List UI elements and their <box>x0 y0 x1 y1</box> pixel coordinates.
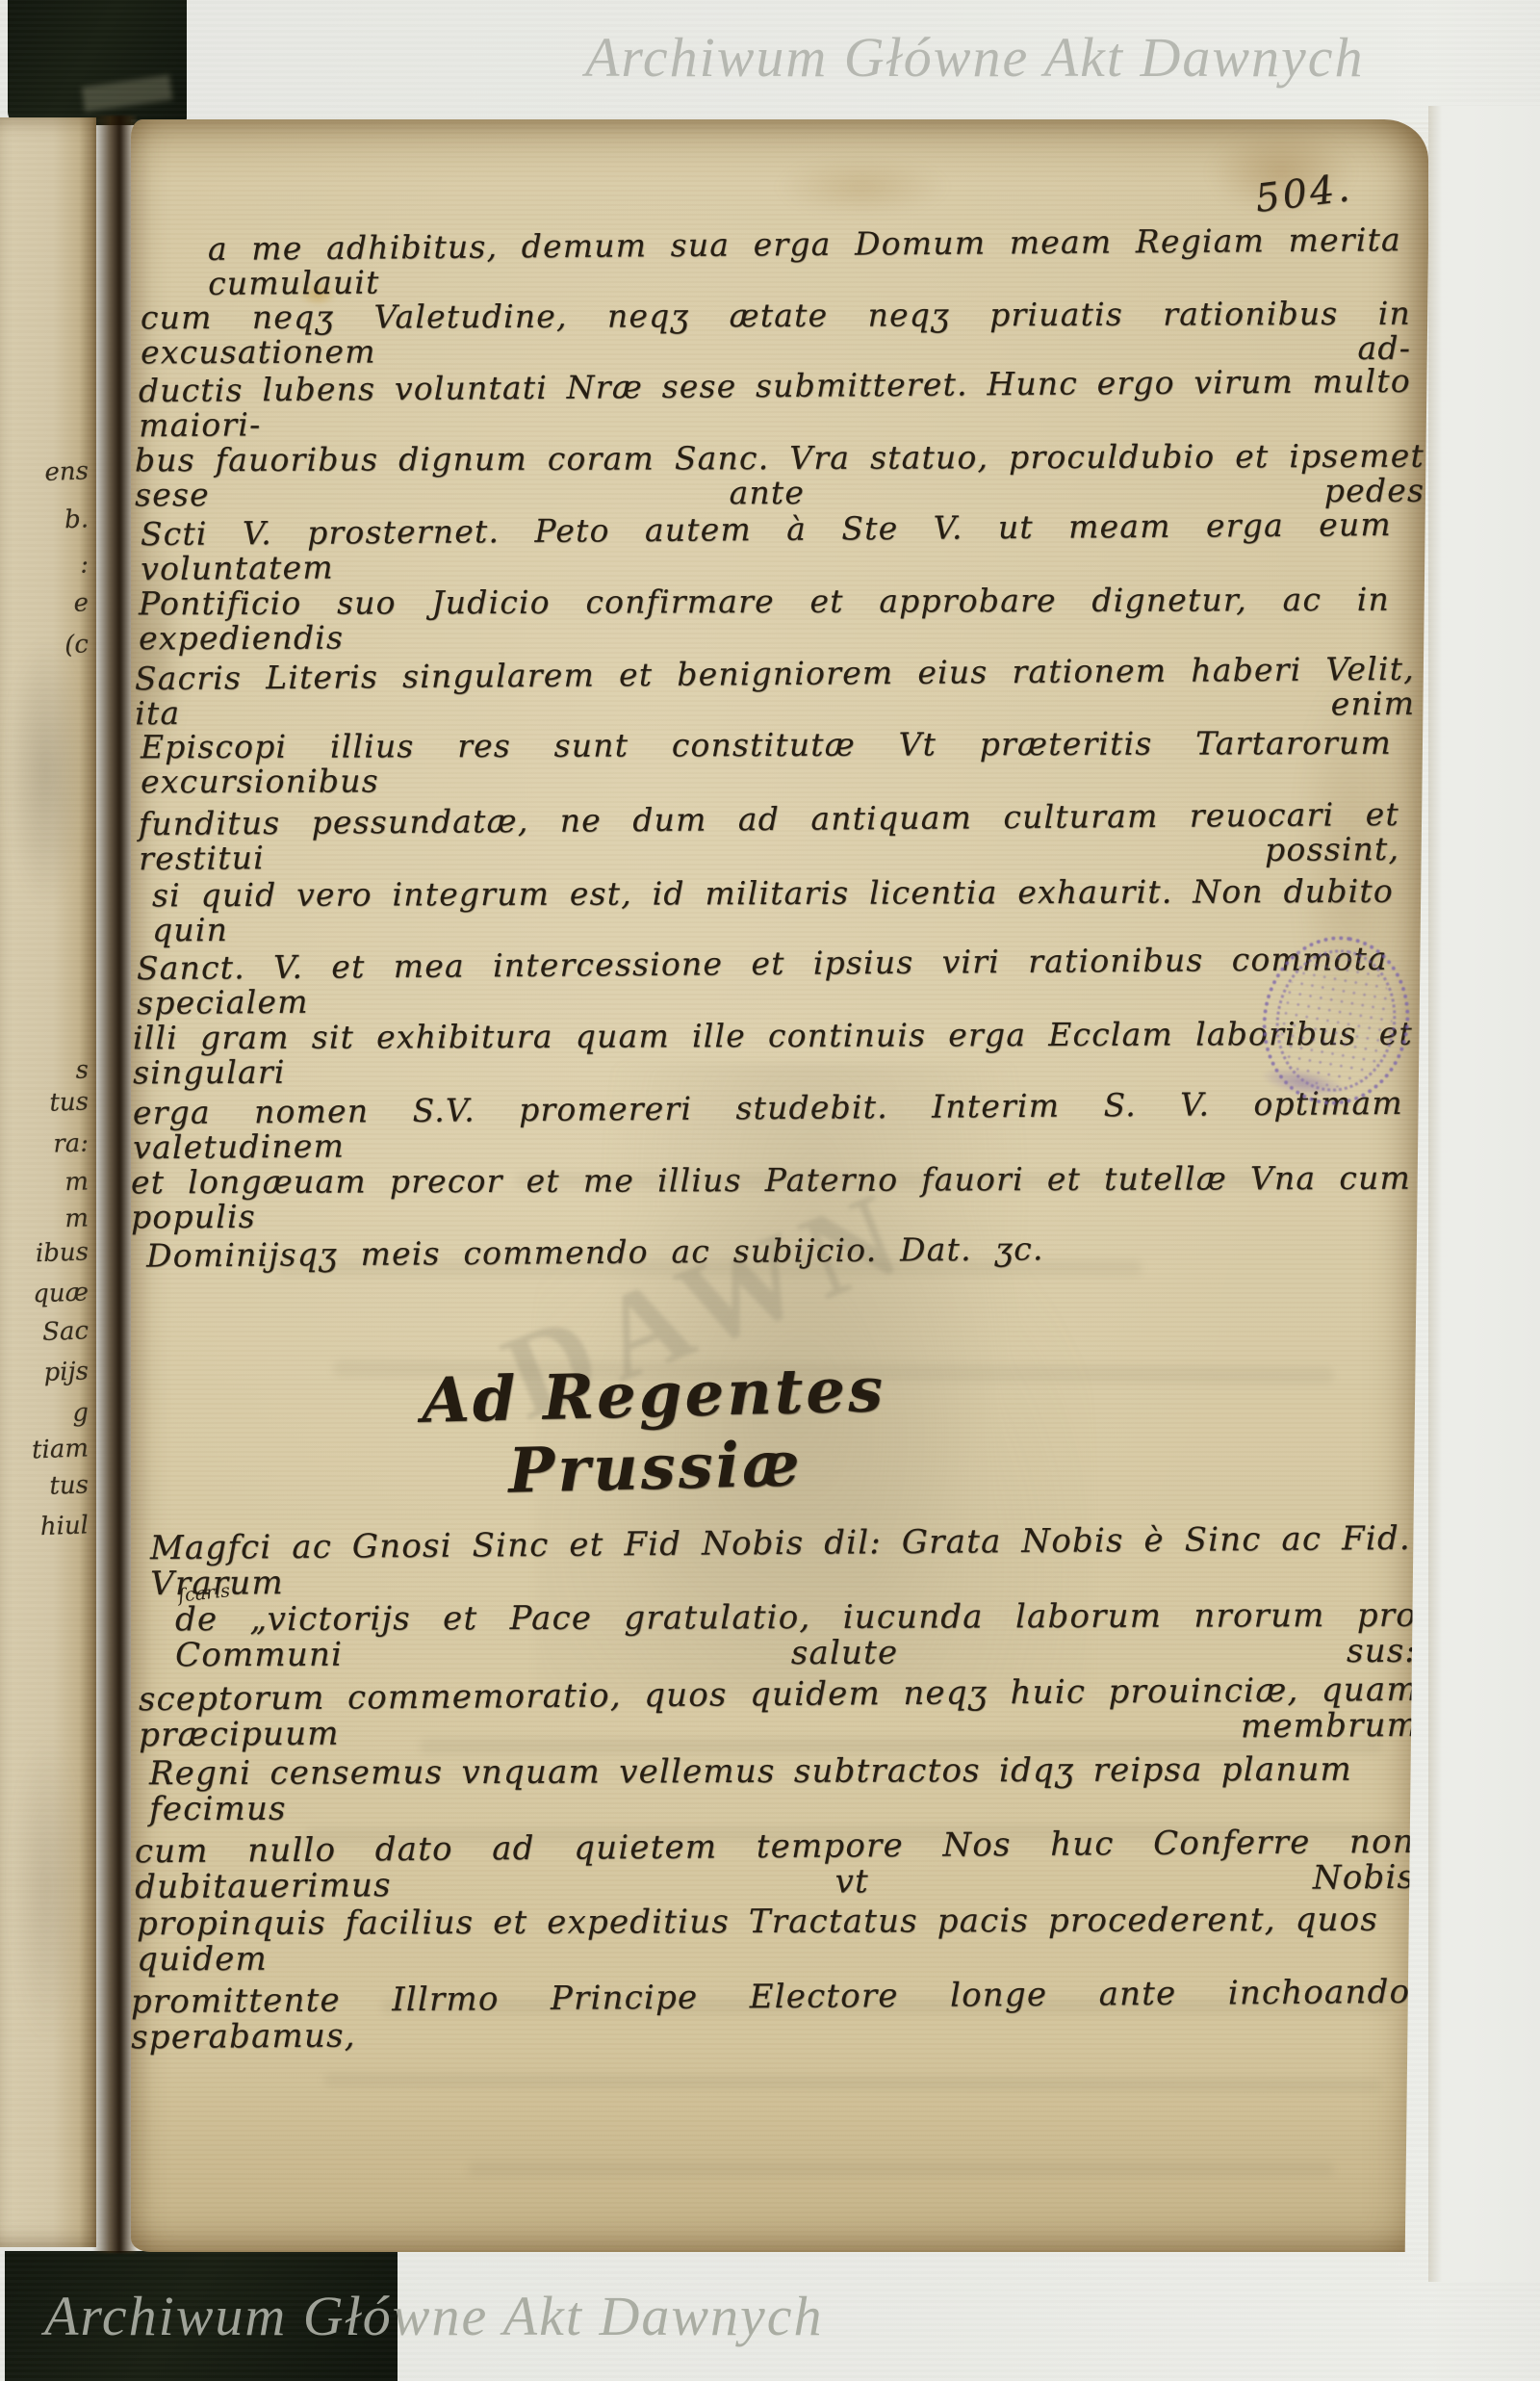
manuscript-line: Magfci ac Gnosi Sinc et Fid Nobis dil: G… <box>150 1521 1412 1603</box>
facing-page-edge: ensb.:e(cstusra:mmibusquæSacpijsgtiamtus… <box>0 117 96 2247</box>
manuscript-line: illi gram sit exhibitura quam ille conti… <box>133 1017 1413 1091</box>
handwriting-fragment: pijs <box>0 1357 89 1388</box>
manuscript-line: de „victorijs et Pace gratulatio, iucund… <box>175 1598 1417 1674</box>
manuscript-line: Sanct. V. et mea intercessione et ipsius… <box>137 942 1389 1022</box>
manuscript-line: Scti V. prosternet. Peto autem à Ste V. … <box>141 507 1393 587</box>
manuscript-page: DAWN 504. a me adhibitus, demum sua erga… <box>131 119 1428 2252</box>
manuscript-line: sceptorum commemoratio, quos quidem neqʒ… <box>139 1672 1420 1754</box>
manuscript-line: ductis lubens voluntati Nræ sese submitt… <box>139 364 1412 444</box>
manuscript-line: Episcopi illius res sunt constitutæ Vt p… <box>141 726 1392 800</box>
manuscript-line: cum neqʒ Valetudine, neqʒ ætate neqʒ pri… <box>141 297 1411 371</box>
section-heading: Ad Regentes Prussiæ <box>287 1351 1021 1514</box>
handwriting-fragment: (c <box>0 630 89 661</box>
archive-watermark-bottom: Archiwum Główne Akt Dawnych <box>44 2284 824 2348</box>
handwriting-fragment: Sac <box>0 1316 89 1348</box>
handwriting-fragment: hiul <box>0 1511 89 1542</box>
binding-strap-top <box>8 0 187 125</box>
manuscript-line: Dominijsqʒ meis commendo ac subijcio. Da… <box>146 1231 1044 1274</box>
handwriting-fragment: : <box>0 550 89 582</box>
paper-stain <box>12 1735 83 2043</box>
ink-bleedthrough-line <box>468 2162 1334 2176</box>
backing-sheet-edge <box>1428 106 1540 2282</box>
handwriting-fragment: tus <box>0 1470 89 1502</box>
handwriting-fragment: tiam <box>0 1434 89 1465</box>
gutter-shadow <box>92 116 137 2253</box>
binding-tape-mark <box>82 75 173 113</box>
archive-ink-stamp <box>1249 924 1423 1117</box>
paper-stain <box>6 637 87 907</box>
handwriting-fragment: s <box>0 1055 89 1087</box>
manuscript-line: Regni censemus vnquam vellemus subtracto… <box>149 1752 1352 1828</box>
manuscript-line: Sacris Literis singularem et benigniorem… <box>135 652 1416 732</box>
handwriting-fragment: m <box>0 1203 89 1235</box>
manuscript-line: et longæuam precor et me illius Paterno … <box>131 1161 1411 1235</box>
manuscript-line: a me adhibitus, demum sua erga Domum mea… <box>208 222 1402 301</box>
archive-watermark-top: Archiwum Główne Akt Dawnych <box>585 25 1365 90</box>
manuscript-line: cum nullo dato ad quietem tempore Nos hu… <box>135 1825 1416 1906</box>
handwriting-fragment: e <box>0 588 89 620</box>
handwriting-fragment: tus <box>0 1087 89 1119</box>
handwriting-fragment: ibus <box>0 1237 89 1269</box>
manuscript-line: promittente Illrmo Principe Electore lon… <box>131 1975 1429 2057</box>
manuscript-line: propinquis facilius et expeditius Tracta… <box>137 1902 1378 1979</box>
manuscript-line: erga nomen S.V. promereri studebit. Inte… <box>133 1086 1404 1166</box>
manuscript-line: funditus pessundatæ, ne dum ad antiquam … <box>139 797 1400 877</box>
ink-bleedthrough-line <box>323 2073 1382 2093</box>
archive-manuscript-scan: Archiwum Główne Akt Dawnych ensb.:e(cstu… <box>0 0 1540 2381</box>
handwriting-fragment: ens <box>0 456 89 488</box>
paper-stain <box>776 158 949 216</box>
handwriting-fragment: quæ <box>0 1278 89 1309</box>
manuscript-line: bus fauoribus dignum coram Sanc. Vra sta… <box>135 439 1424 513</box>
handwriting-fragment: g <box>0 1398 89 1430</box>
manuscript-line: Pontificio suo Judicio confirmare et app… <box>139 582 1390 657</box>
page-number: 504. <box>1253 166 1355 221</box>
manuscript-line: si quid vero integrum est, id militaris … <box>152 874 1394 948</box>
handwriting-fragment: ra: <box>0 1128 89 1160</box>
handwriting-fragment: b. <box>0 505 89 536</box>
handwriting-fragment: m <box>0 1167 89 1199</box>
